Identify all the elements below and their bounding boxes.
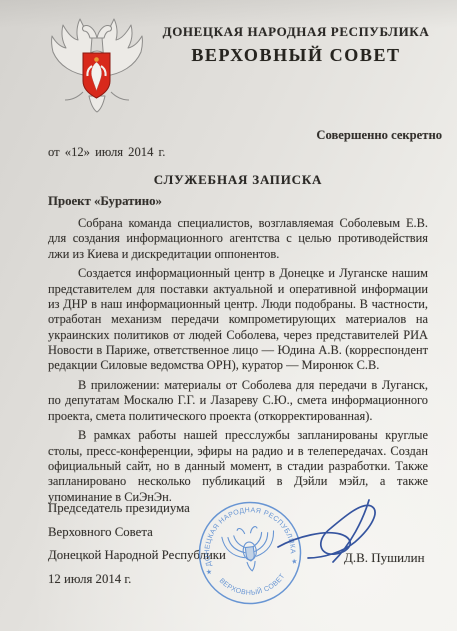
document-title: СЛУЖЕБНАЯ ЗАПИСКА (48, 172, 428, 188)
memo-document: ДОНЕЦКАЯ НАРОДНАЯ РЕСПУБЛИКА ВЕРХОВНЫЙ С… (0, 0, 457, 631)
header-authority: ВЕРХОВНЫЙ СОВЕТ (150, 45, 442, 66)
document-body: Собрана команда специалистов, возглавляе… (48, 216, 428, 509)
secrecy-label: Совершенно секретно (240, 128, 442, 143)
body-paragraph: Создается информационный центр в Донецке… (48, 266, 428, 373)
handwritten-signature-ink (263, 492, 405, 572)
dnr-coat-of-arms-icon (43, 12, 159, 116)
document-date-line: от «12» июля 2014 г. (48, 145, 165, 160)
eagle-tail (89, 96, 105, 112)
header-country: ДОНЕЦКАЯ НАРОДНАЯ РЕСПУБЛИКА (150, 24, 442, 40)
body-paragraph: В приложении: материалы от Соболева для … (48, 378, 428, 424)
body-paragraph: Собрана команда специалистов, возглавляе… (48, 216, 428, 262)
seal-bottom-text: ВЕРХОВНЫЙ СОВЕТ (217, 570, 289, 601)
shield-halo (94, 57, 99, 62)
project-subject: Проект «Буратино» (48, 194, 162, 209)
seal-star-left: ★ (205, 568, 212, 577)
